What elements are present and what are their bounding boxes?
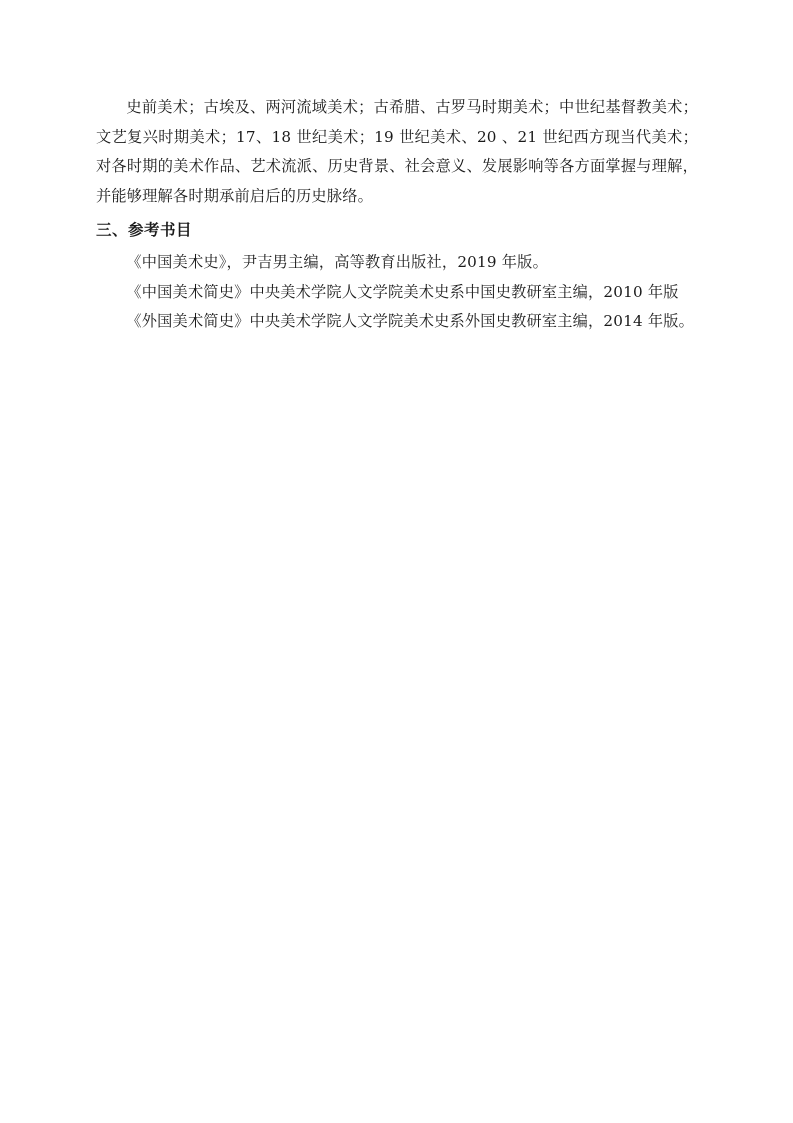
section-heading-references: 三、参考书目 [96, 216, 698, 244]
reference-item: 《中国美术简史》中央美术学院人文学院美术史系中国史教研室主编，2010 年版 [96, 278, 698, 308]
reference-item: 《外国美术简史》中央美术学院人文学院美术史系外国史教研室主编，2014 年版。 [96, 307, 698, 337]
intro-paragraph: 史前美术；古埃及、两河流域美术；古希腊、古罗马时期美术；中世纪基督教美术；文艺复… [96, 93, 698, 211]
reference-item: 《中国美术史》，尹吉男主编，高等教育出版社，2019 年版。 [96, 248, 698, 278]
reference-list: 《中国美术史》，尹吉男主编，高等教育出版社，2019 年版。 《中国美术简史》中… [96, 248, 698, 337]
document-page: 史前美术；古埃及、两河流域美术；古希腊、古罗马时期美术；中世纪基督教美术；文艺复… [96, 93, 698, 337]
